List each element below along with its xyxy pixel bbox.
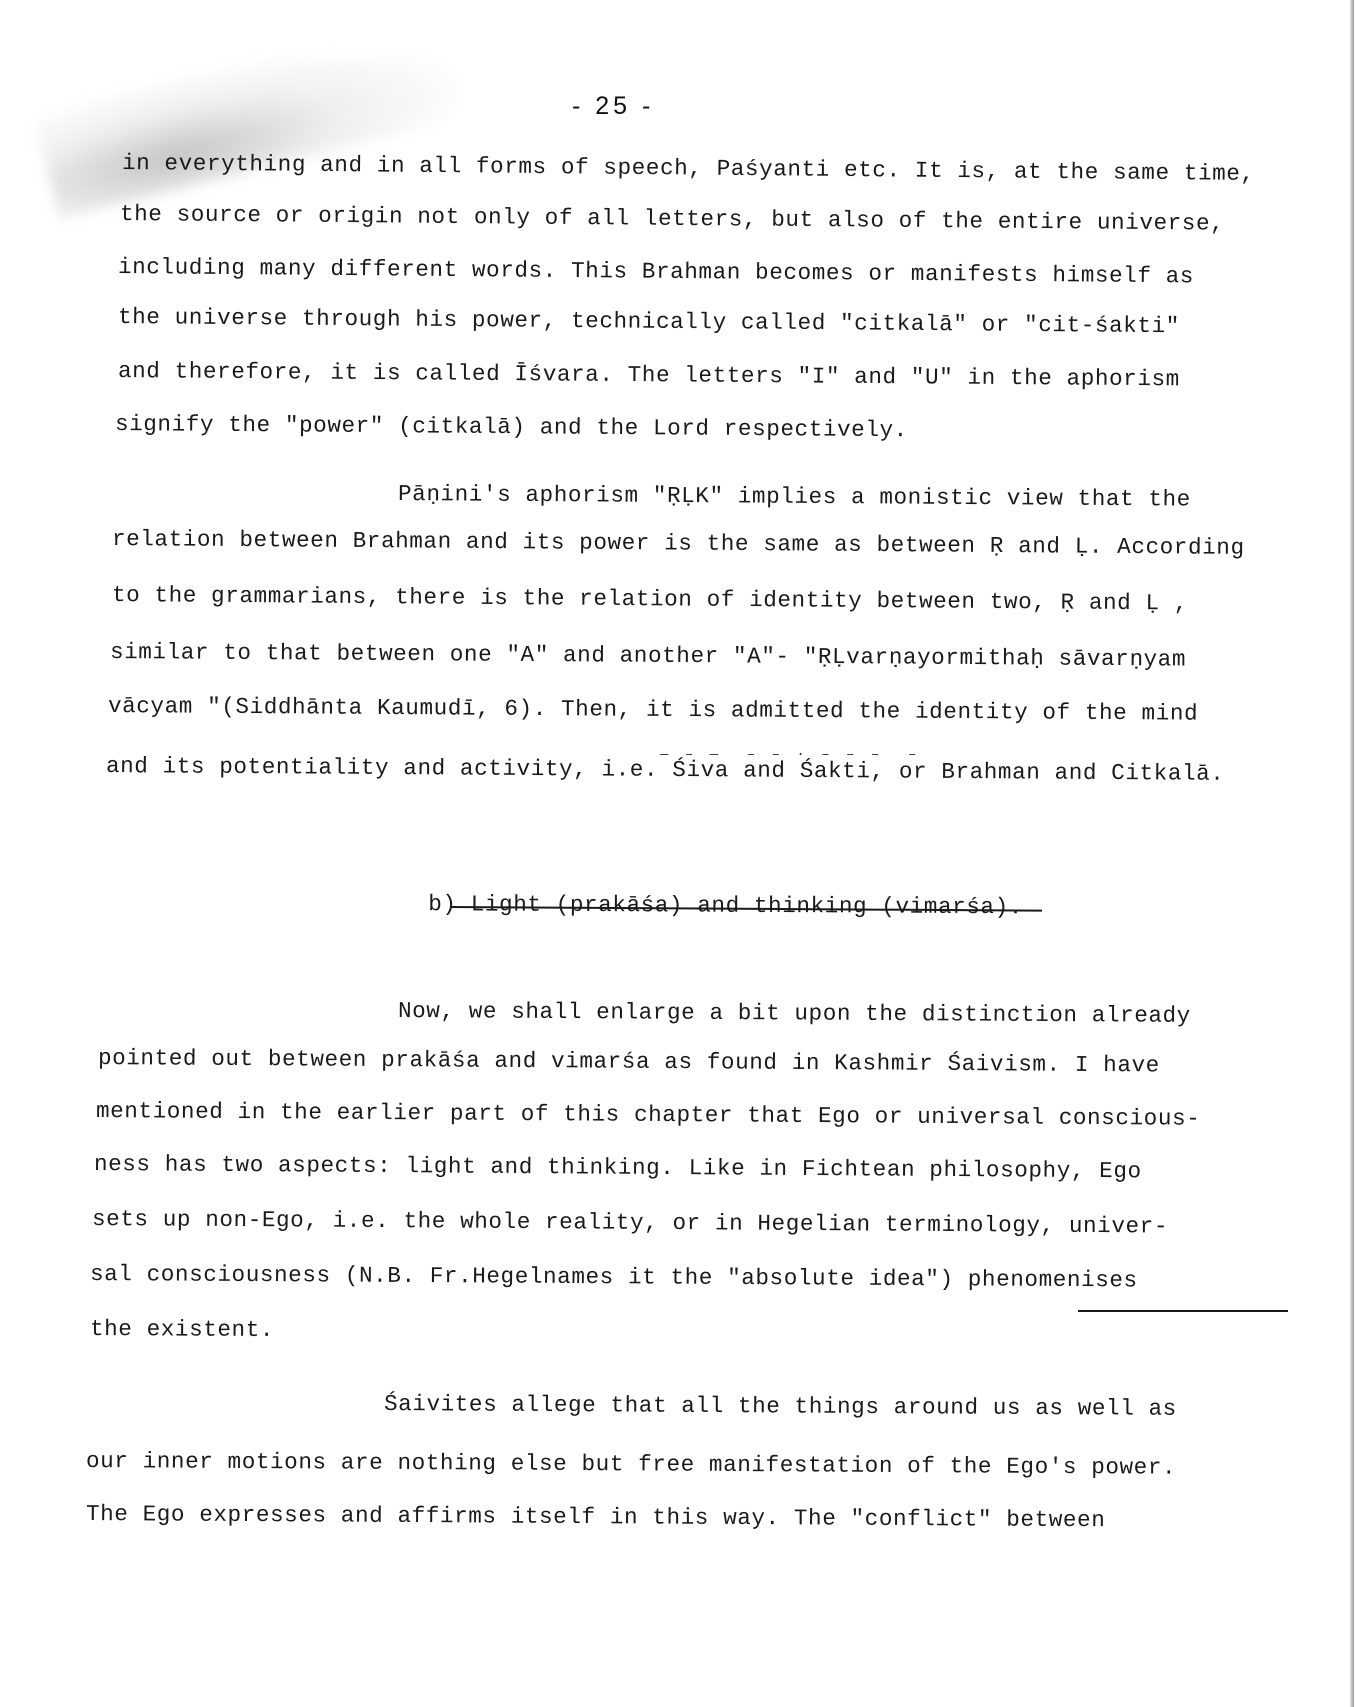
page-edge-shadow bbox=[1350, 0, 1354, 1707]
text-line: pointed out between prakāśa and vimarśa … bbox=[98, 1047, 1160, 1077]
text-line: sal consciousness (N.B. Fr.Hegelnames it… bbox=[90, 1263, 1138, 1292]
section-heading: b) Light (prakāśa) and thinking (vimarśa… bbox=[400, 870, 1023, 918]
text-line: in everything and in all forms of speech… bbox=[122, 152, 1255, 185]
text-line: and therefore, it is called Īśvara. The … bbox=[118, 360, 1180, 391]
text-line: ness has two aspects: light and thinking… bbox=[94, 1153, 1142, 1183]
text-line: vācyam "(Siddhānta Kaumudī, 6). Then, it… bbox=[108, 695, 1198, 725]
text-line: our inner motions are nothing else but f… bbox=[86, 1450, 1176, 1479]
paragraph-start-line: Now, we shall enlarge a bit upon the dis… bbox=[398, 1000, 1191, 1027]
section-heading-title: Light (prakāśa) and thinking (vimarśa). bbox=[471, 891, 1023, 920]
text-line: similar to that between one "A" and anot… bbox=[110, 641, 1186, 671]
text-line: sets up non-Ego, i.e. the whole reality,… bbox=[92, 1208, 1168, 1238]
text-line: including many different words. This Bra… bbox=[118, 256, 1194, 288]
section-heading-prefix: b) bbox=[428, 891, 471, 917]
text-line: signify the "power" (citkalā) and the Lo… bbox=[115, 413, 908, 442]
text-line: relation between Brahman and its power i… bbox=[112, 528, 1245, 559]
text-line: mentioned in the earlier part of this ch… bbox=[96, 1100, 1200, 1130]
text-line: The Ego expresses and affirms itself in … bbox=[86, 1503, 1106, 1532]
phenomenises-underline bbox=[1078, 1310, 1288, 1312]
page-number: - 25 - bbox=[572, 92, 654, 121]
text-line: the source or origin not only of all let… bbox=[120, 203, 1225, 235]
text-line: the universe through his power, technica… bbox=[118, 306, 1180, 338]
text-line: the existent. bbox=[90, 1318, 274, 1342]
scan-smudge bbox=[33, 11, 467, 219]
text-line: and its potentiality and activity, i.e. … bbox=[106, 755, 1225, 785]
text-line: to the grammarians, there is the relatio… bbox=[112, 584, 1188, 615]
paragraph-start-line: Śaivites allege that all the things arou… bbox=[384, 1393, 1177, 1420]
paragraph-start-line: Pāṇini's aphorism "ṚḶK" implies a monist… bbox=[398, 483, 1191, 511]
